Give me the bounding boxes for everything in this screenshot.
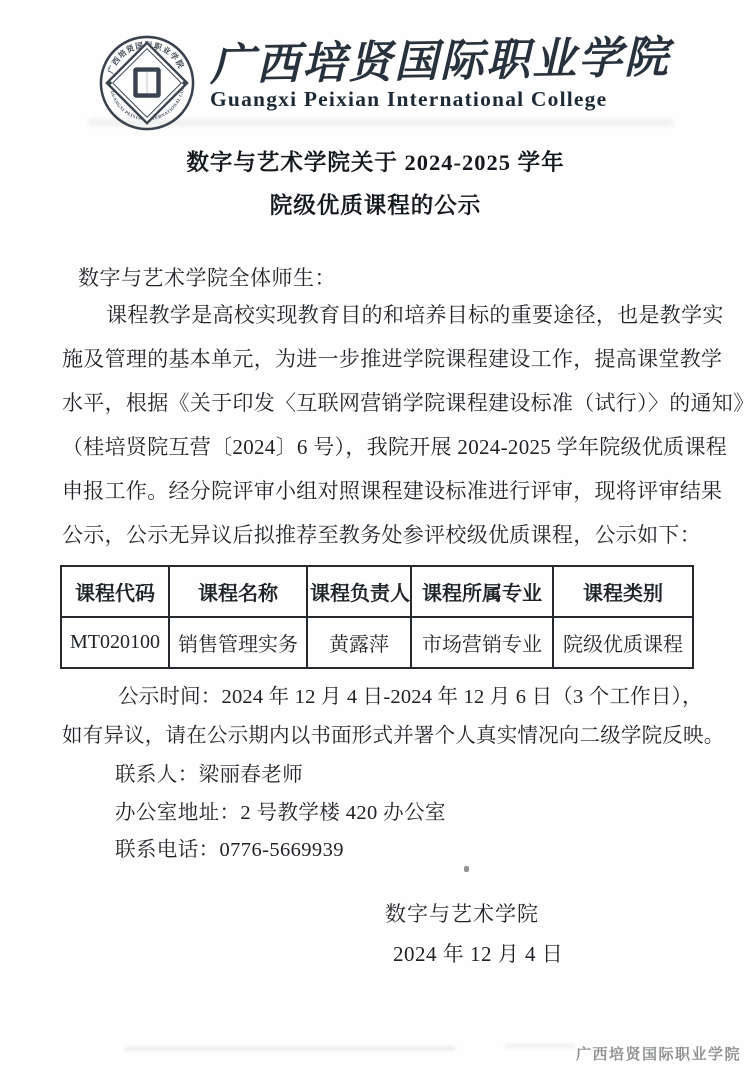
college-name-en: Guangxi Peixian International College — [210, 86, 670, 112]
table-header-cell: 课程负责人 — [307, 566, 411, 617]
publicity-period-line: 公示时间：2024 年 12 月 4 日-2024 年 12 月 6 日（3 个… — [62, 678, 696, 717]
table-header-cell: 课程所属专业 — [411, 566, 553, 617]
body-line: 施及管理的基本单元，为进一步推进学院课程建设工作，提高课堂教学 — [62, 337, 696, 381]
college-seal-icon: 广西培贤国际职业学院 GUANGXI PEIXIAN INTERNATIONAL… — [98, 34, 196, 132]
signature-date: 2024 年 12 月 4 日 — [393, 938, 563, 968]
scan-artifact-dot — [464, 866, 469, 872]
body-paragraph: 课程教学是高校实现教育目的和培养目标的重要途径，也是教学实 施及管理的基本单元，… — [62, 293, 696, 557]
publicity-period-line: 如有异议，请在公示期内以书面形式并署个人真实情况向二级学院反映。 — [62, 717, 696, 756]
contact-person: 联系人：梁丽春老师 — [115, 757, 446, 795]
publicity-period: 公示时间：2024 年 12 月 4 日-2024 年 12 月 6 日（3 个… — [62, 678, 696, 756]
salutation: 数字与艺术学院全体师生： — [78, 262, 336, 292]
scan-artifact-bottom — [125, 1046, 455, 1051]
notice-title-line1: 数字与艺术学院关于 2024-2025 学年 — [0, 141, 751, 184]
notice-title: 数字与艺术学院关于 2024-2025 学年 院级优质课程的公示 — [0, 141, 751, 227]
scan-artifact-bottom — [505, 1044, 575, 1048]
contact-phone: 联系电话：0776-5669939 — [115, 832, 446, 870]
contact-info: 联系人：梁丽春老师 办公室地址：2 号教学楼 420 办公室 联系电话：0776… — [115, 757, 446, 870]
table-cell-course-leader: 黄露萍 — [307, 617, 411, 668]
office-address: 办公室地址：2 号教学楼 420 办公室 — [115, 795, 446, 833]
body-line: 水平，根据《关于印发〈互联网营销学院课程建设标准（试行）〉的通知》 — [62, 381, 696, 425]
letterhead: 广西培贤国际职业学院 GUANGXI PEIXIAN INTERNATIONAL… — [98, 34, 691, 132]
table-cell-course-code: MT020100 — [61, 617, 169, 668]
table-header-cell: 课程名称 — [169, 566, 307, 617]
scanned-notice-page: 广西培贤国际职业学院 GUANGXI PEIXIAN INTERNATIONAL… — [0, 0, 751, 1080]
body-line: 公示，公示无异议后拟推荐至教务处参评校级优质课程，公示如下： — [62, 513, 696, 557]
notice-title-line2: 院级优质课程的公示 — [0, 184, 751, 227]
college-name-zh: 广西培贤国际职业学院 — [210, 34, 671, 90]
table-cell-course-name: 销售管理实务 — [169, 617, 307, 668]
table-header-cell: 课程类别 — [553, 566, 693, 617]
body-line: 申报工作。经分院评审小组对照课程建设标准进行评审，现将评审结果 — [62, 469, 696, 513]
college-names: 广西培贤国际职业学院 Guangxi Peixian International… — [210, 38, 670, 112]
table-cell-course-category: 院级优质课程 — [553, 617, 693, 668]
signature-org: 数字与艺术学院 — [385, 898, 539, 928]
table-header-cell: 课程代码 — [61, 566, 169, 617]
course-table: 课程代码 课程名称 课程负责人 课程所属专业 课程类别 MT020100 销售管… — [60, 565, 694, 669]
table-cell-course-major: 市场营销专业 — [411, 617, 553, 668]
table-row: MT020100 销售管理实务 黄露萍 市场营销专业 院级优质课程 — [61, 617, 693, 668]
body-line: （桂培贤院互营〔2024〕6 号），我院开展 2024-2025 学年院级优质课… — [62, 425, 696, 469]
footer-watermark: 广西培贤国际职业学院 — [576, 1043, 741, 1064]
table-header-row: 课程代码 课程名称 课程负责人 课程所属专业 课程类别 — [61, 566, 693, 617]
body-line: 课程教学是高校实现教育目的和培养目标的重要途径，也是教学实 — [62, 293, 696, 337]
